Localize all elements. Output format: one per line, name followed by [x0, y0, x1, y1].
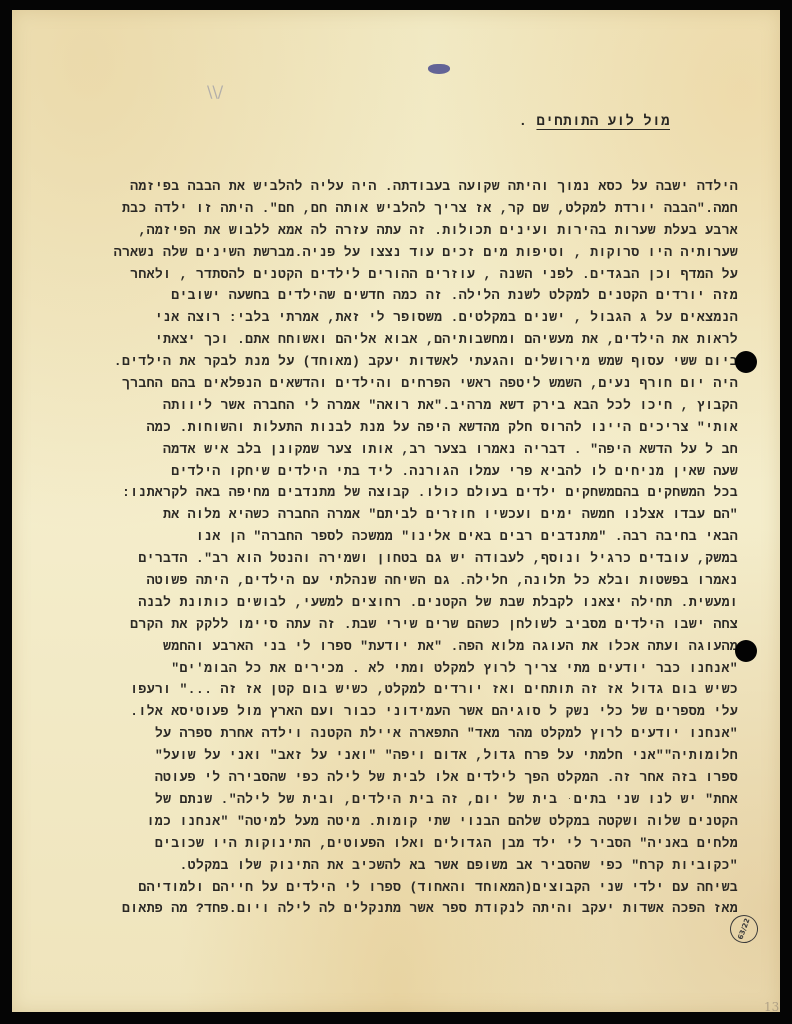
text-line: עלי מספרים של כלי נשק ל סוגיהם אשר העמיד…: [48, 701, 738, 723]
text-line: ספרו בזה אחר זה. המקלט הפך לילדים אלו לב…: [48, 767, 738, 789]
text-line: הקבוץ , חיכו לכל הבא בירק דשא מרהיב."את …: [48, 395, 738, 417]
text-line: מהעוגה ועתה אכלו את העוגה מלוא הפה. "את …: [48, 636, 738, 658]
text-line: הנמצאים על ג הגבול , ישנים במקלטים. משסו…: [48, 307, 738, 329]
title-text: מול לוע התותחים: [536, 114, 670, 130]
text-line: היה יום חורף נעים, השמש ליטפה ראשי הפרחי…: [48, 373, 738, 395]
text-line: הבאי בחיבה רבה. "מתנדבים רבים באים אלינו…: [48, 526, 738, 548]
text-line: בשיחה עם ילדי שני הקבוצים(המאוחד והאחוד)…: [48, 877, 738, 899]
text-line: לראות את הילדים, את מעשיהם ומחשבותיהם, א…: [48, 329, 738, 351]
pencil-mark: \\/: [207, 82, 223, 101]
body-text: הילדה ישבה על כסא נמוך והיתה שקועה בעבוד…: [48, 176, 738, 920]
text-line: כשיש בום גדול אז זה תותחים ואז יורדים למ…: [48, 679, 738, 701]
margin-scribble: 13: [764, 1000, 779, 1014]
text-line: על המדף וכן הבגדים. לפני השנה , עוזרים ה…: [48, 264, 738, 286]
title-period: .: [519, 114, 528, 130]
text-line: "כקוביות קרח" כפי שהסביר אב משופם אשר בא…: [48, 855, 738, 877]
blue-ink-mark: [428, 64, 450, 74]
text-line: מלחים באניה" הסביר לי ילד מבן הגדולים וא…: [48, 833, 738, 855]
text-line: "הם עבדו אצלנו חמשה ימים ועכשיו חוזרים ל…: [48, 504, 738, 526]
scanned-page: \\/ מול לוע התותחים . הילדה ישבה על כסא …: [12, 10, 780, 1012]
text-line: אחת" יש לנו שני בתים ּ בית של יום, זה בי…: [48, 789, 738, 811]
text-line: בכל המשחקים בהםמשחקים ילדים בעולם כולו. …: [48, 482, 738, 504]
text-line: אותי" צריכים היינו להרוס חלק מהדשא היפה …: [48, 417, 738, 439]
text-line: "אנחנו כבר יודעים מתי צריך לרוץ למקלט ומ…: [48, 658, 738, 680]
text-line: ומעשית. תחילה יצאנו לקבלת שבת של הקטנים.…: [48, 592, 738, 614]
text-line: "אנחנו יודעים לרוץ למקלט מהר מאד" התפארה…: [48, 723, 738, 745]
punch-hole-upper: [735, 351, 757, 373]
text-line: ארבע בעלת שערות בהירות ועינים תכולות. זה…: [48, 220, 738, 242]
text-line: נאמרו בפשטות ובלא כל תלונה, חלילה. גם הש…: [48, 570, 738, 592]
text-line: חלומותיה""אני חלמתי על פרח גדול, אדום וי…: [48, 745, 738, 767]
text-line: במשק, עובדים כרגיל ונוסף, לעבודה יש גם ב…: [48, 548, 738, 570]
text-line: מזה יורדים הקטנים למקלט לשנת הלילה. זה כ…: [48, 285, 738, 307]
text-line: ביום ששי עסוף שמש מירושלים והגעתי לאשדות…: [48, 351, 738, 373]
punch-hole-lower: [735, 640, 757, 662]
text-line: שערותיה היו סרוקות , וטיפות מים זכים עוד…: [48, 242, 738, 264]
text-line: חמה."הבבה יורדת למקלט, שם קר, אז צריך לה…: [48, 198, 738, 220]
text-line: מאז הפכה אשדות יעקב והיתה לנקודת ספר אשר…: [48, 898, 738, 920]
text-line: חב ל על הדשא היפה" . דבריה נאמרו בצער רב…: [48, 439, 738, 461]
text-line: הקטנים שלוה ושקטה במקלט שלהם הבנוי שתי ק…: [48, 811, 738, 833]
text-line: הילדה ישבה על כסא נמוך והיתה שקועה בעבוד…: [48, 176, 738, 198]
document-title: מול לוע התותחים .: [519, 114, 670, 130]
text-line: צחה ישבו הילדים מסביב לשולחן כשהם שרים ש…: [48, 614, 738, 636]
text-line: שעה שאין מניחים לו להביא פרי עמלו הגורנה…: [48, 461, 738, 483]
